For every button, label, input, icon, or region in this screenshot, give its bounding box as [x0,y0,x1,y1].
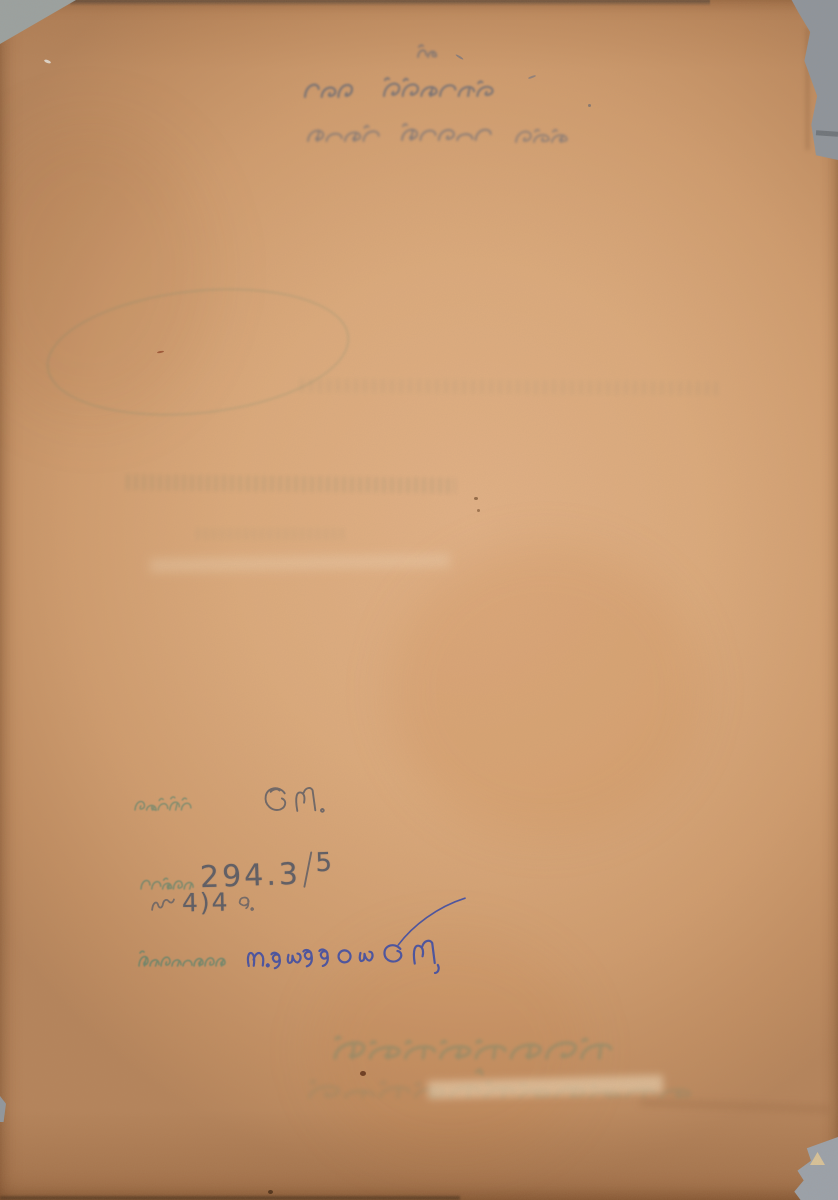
paper-chip [44,59,52,64]
ink-speck [474,497,478,500]
scan-edge-bottom [0,1196,460,1200]
bottom-stamp-mid-mark [474,1066,490,1080]
stamp-line1-word1 [303,80,359,104]
bottom-stamp-line2 [308,1082,704,1106]
ink-speck [360,1071,366,1076]
stamp-line2-word2 [400,125,500,147]
scan-edge-top [70,0,710,6]
stamp-fragment-marks [416,46,442,64]
ink-speck [455,54,464,60]
call-slip-label-book [133,797,199,817]
stamp-line2-word3 [514,127,576,149]
ghost-text-band-2 [126,474,456,493]
fold-highlight [150,553,450,572]
fraction-slash [300,850,315,888]
ink-accession-number [237,890,479,981]
ink-speck [477,509,480,512]
stamp-line1-word2 [382,79,502,103]
call-slip-label-regno [137,952,235,974]
ink-speck [528,75,536,80]
ink-speck [268,1190,273,1194]
pencil-section-code [257,777,331,827]
ghost-text-band-3 [196,528,346,540]
scanned-page: มอบ ธรรมทาน พระสมัคร์ เชตุพน ฯ.ล. หนังสื… [0,0,838,1200]
paper-sheet: มอบ ธรรมทาน พระสมัคร์ เชตุพน ฯ.ล. หนังสื… [0,0,838,1200]
ghost-text-band-1 [300,379,720,396]
bottom-stamp-line1 [333,1038,625,1066]
class-number-fraction: 5 [315,848,333,879]
cutter-digits: 4)4 [182,888,230,918]
stamp-line2-word1 [306,126,388,148]
shade-bottom [0,1110,838,1200]
ink-speck [588,104,591,107]
cutter-prefix-glyph [150,893,178,913]
water-stain-center [390,545,700,835]
faded-oval-stamp [40,274,355,429]
